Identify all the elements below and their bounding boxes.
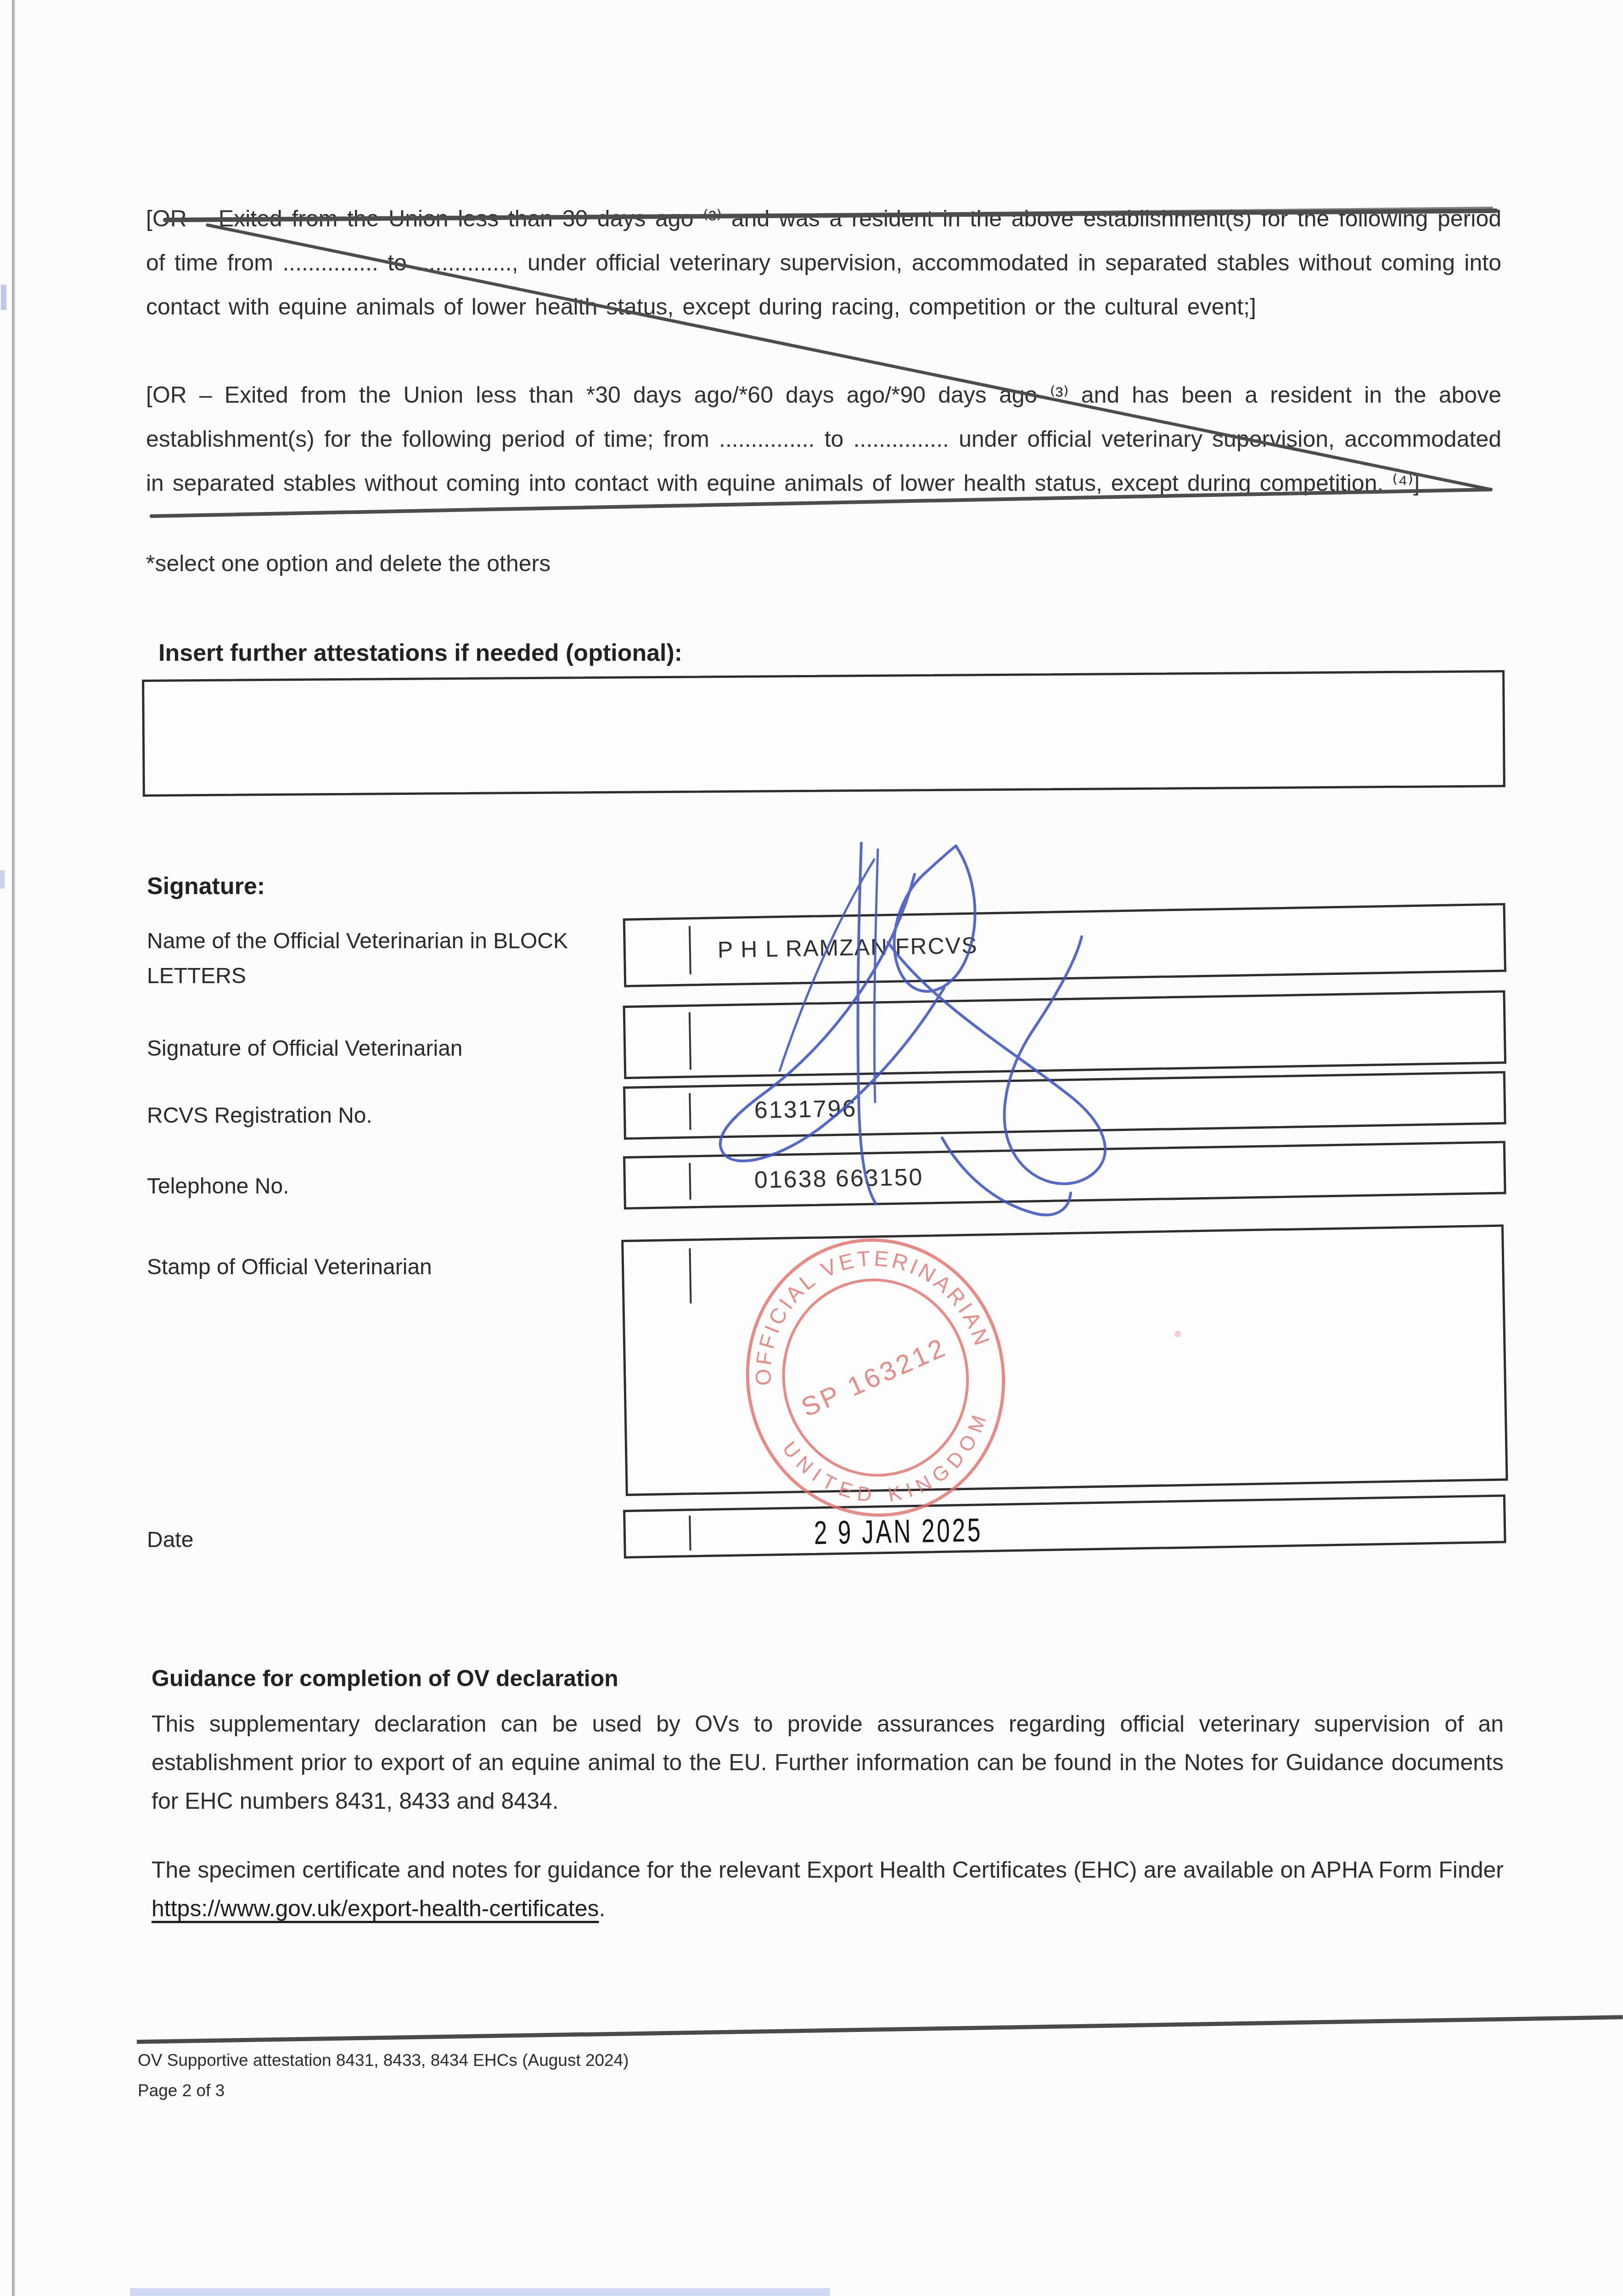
- field-tick-mark: [689, 1012, 691, 1069]
- scan-speck: [0, 870, 5, 889]
- telephone-field-value: 01638 663150: [754, 1164, 924, 1194]
- stamp-field-label: Stamp of Official Veterinarian: [147, 1250, 597, 1285]
- paragraph-or-option-2: [OR – Exited from the Union less than *3…: [146, 373, 1501, 505]
- select-option-note: *select one option and delete the others: [146, 550, 550, 577]
- guidance-availability-paragraph: The specimen certificate and notes for g…: [152, 1851, 1504, 1928]
- scanned-document-page: [OR – Exited from the Union less than 30…: [0, 0, 1623, 2296]
- guidance-heading: Guidance for completion of OV declaratio…: [152, 1665, 618, 1692]
- guidance-paragraph: This supplementary declaration can be us…: [152, 1705, 1504, 1820]
- signature-field-label: Signature of Official Veterinarian: [147, 1031, 597, 1066]
- field-tick-mark: [689, 1163, 691, 1199]
- telephone-field-box: 01638 663150: [623, 1141, 1506, 1210]
- rcvs-field-value: 6131796: [754, 1095, 857, 1124]
- signature-heading: Signature:: [147, 872, 265, 900]
- field-tick-mark: [689, 1515, 691, 1550]
- date-field-box: [623, 1494, 1506, 1559]
- footer-separator-line: [137, 2015, 1623, 2044]
- name-field-label: Name of the Official Veterinarian in BLO…: [147, 924, 597, 994]
- paragraph-or-option-1: [OR – Exited from the Union less than 30…: [146, 197, 1501, 329]
- field-tick-mark: [689, 1093, 691, 1130]
- rcvs-field-box: 6131796: [623, 1071, 1506, 1140]
- attestations-heading: Insert further attestations if needed (o…: [158, 639, 682, 667]
- export-certificates-link: https://www.gov.uk/export-health-certifi…: [152, 1896, 599, 1921]
- field-tick-mark: [689, 926, 691, 974]
- date-field-label: Date: [147, 1523, 597, 1558]
- scan-artifact-strip: [130, 2288, 830, 2296]
- footer-page-number: Page 2 of 3: [138, 2081, 225, 2100]
- scan-edge-line: [12, 0, 15, 2296]
- signature-field-box: [623, 990, 1506, 1079]
- name-field-value: P H L RAMZAN FRCVS: [717, 932, 978, 963]
- guidance-availability-text: The specimen certificate and notes for g…: [152, 1857, 1504, 1883]
- guidance-availability-period: .: [599, 1896, 606, 1921]
- attestations-input-box: [142, 670, 1505, 797]
- telephone-field-label: Telephone No.: [147, 1169, 597, 1204]
- stamp-field-box: [621, 1224, 1508, 1496]
- scan-speck: [1, 285, 6, 310]
- name-field-box: P H L RAMZAN FRCVS: [623, 903, 1506, 987]
- footer-document-reference: OV Supportive attestation 8431, 8433, 84…: [138, 2051, 629, 2070]
- date-stamp: 2 9 JAN 2025: [814, 1511, 983, 1552]
- rcvs-field-label: RCVS Registration No.: [147, 1098, 597, 1133]
- field-tick-mark: [689, 1248, 691, 1303]
